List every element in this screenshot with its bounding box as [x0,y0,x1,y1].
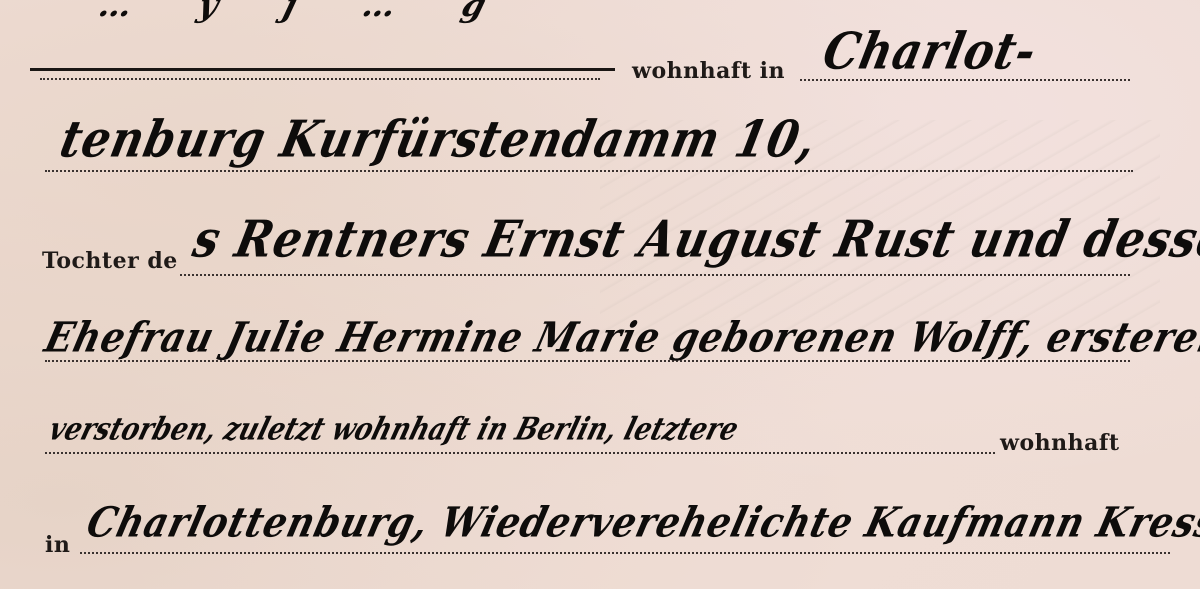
dotted-rule [40,78,600,80]
dotted-rule [80,552,1170,554]
printed-label-tochter-de: Tochter de [42,248,178,274]
signature-rule [30,68,615,71]
top-handwriting-fragment: … y j … g [95,0,518,24]
document-page: … y j … g wohnhaft in Charlot- tenburg K… [0,0,1200,589]
handwritten-entry: Ehefrau Julie Hermine Marie geborenen Wo… [40,314,1200,362]
handwritten-entry: Charlot- [818,22,1042,81]
dotted-rule [45,170,1133,172]
dotted-rule [180,274,1130,276]
printed-label-wohnhaft: wohnhaft [1000,430,1119,456]
printed-label-wohnhaft-in: wohnhaft in [632,58,785,84]
handwritten-entry: Charlottenburg, Wiederverehelichte Kaufm… [82,499,1200,547]
handwritten-entry: s Rentners Ernst August Rust und dessen [188,210,1200,269]
handwritten-entry: verstorben, zuletzt wohnhaft in Berlin, … [45,412,742,448]
handwritten-entry: tenburg Kurfürstendamm 10, [55,110,822,169]
dotted-rule [45,452,995,454]
printed-label-in: in [45,532,70,558]
